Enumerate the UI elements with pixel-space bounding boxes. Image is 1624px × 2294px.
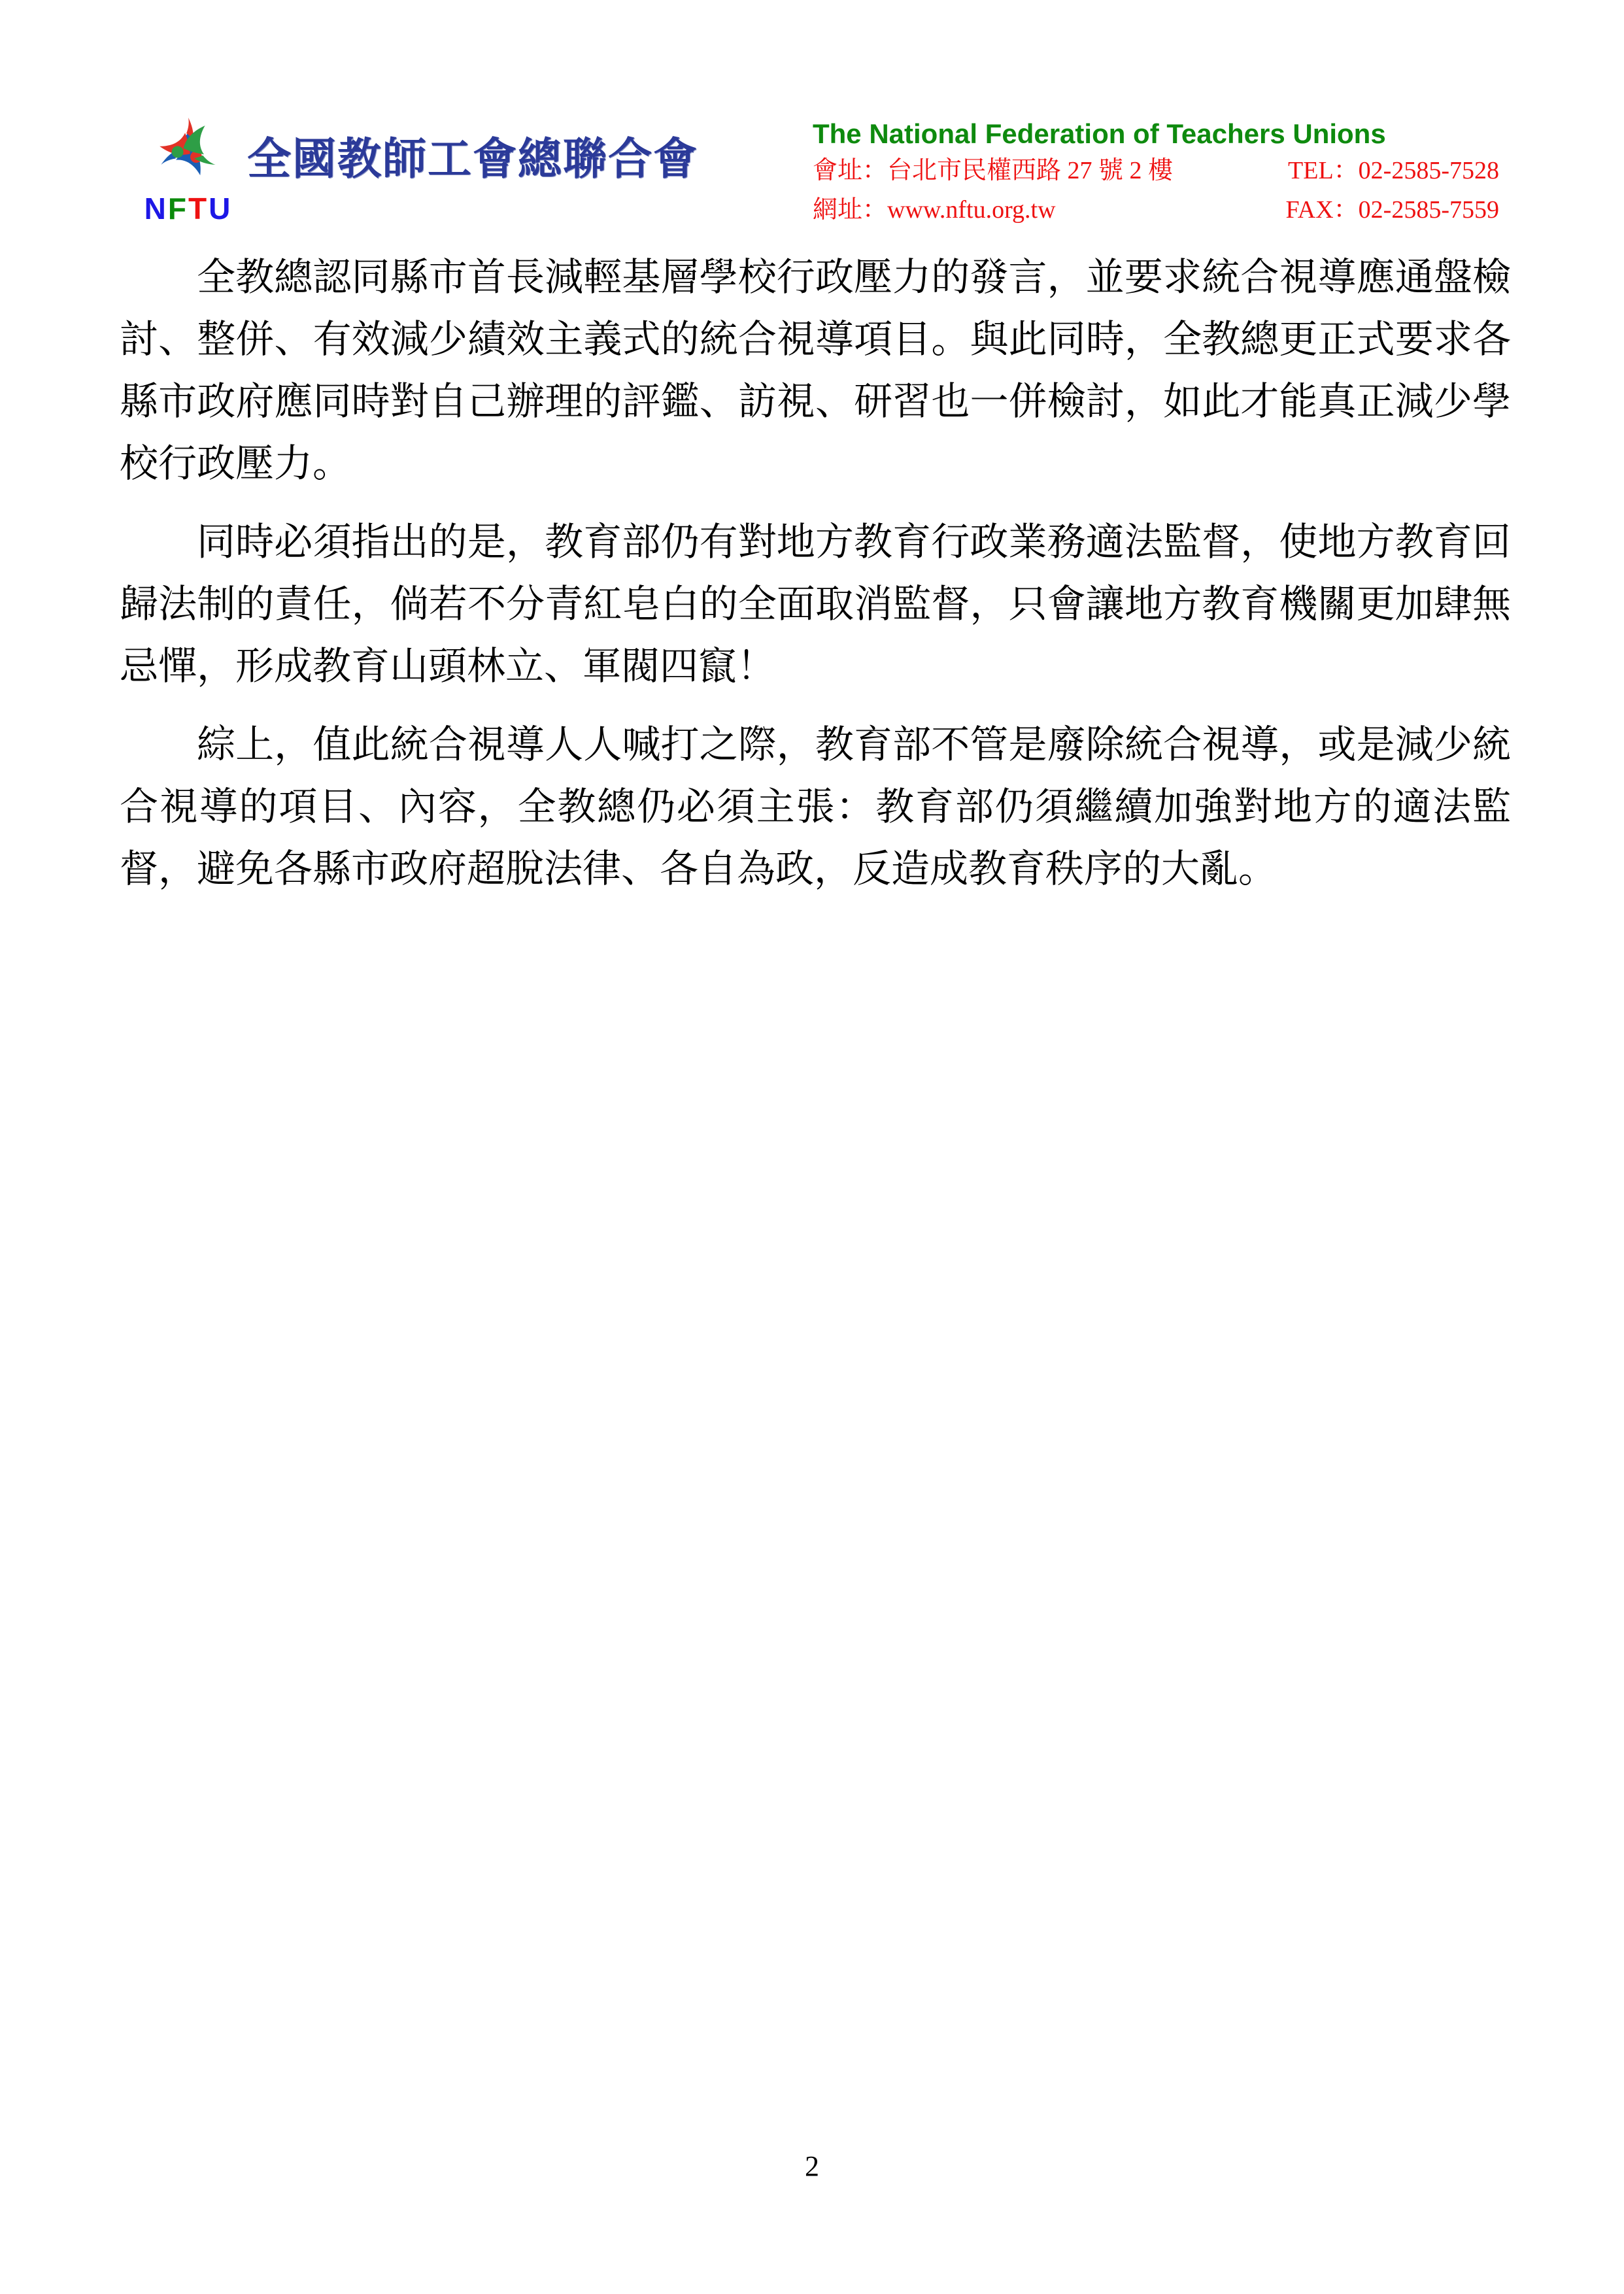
header-contact-block: The National Federation of Teachers Unio… [813, 120, 1499, 223]
website-text: 網址：www.nftu.org.tw [813, 197, 1056, 223]
org-name-chinese: 全國教師工會總聯合會 [247, 124, 711, 193]
tel-text: TEL：02-2585-7528 [1288, 158, 1499, 184]
logo-letter-f: F [168, 192, 188, 226]
logo-letter-u: U [209, 192, 232, 226]
triskelion-figures-icon [149, 110, 228, 191]
logo-letter-t: T [188, 192, 209, 226]
address-text: 會址：台北市民權西路 27 號 2 樓 [813, 158, 1173, 184]
contact-row-website: 網址：www.nftu.org.tw FAX：02-2585-7559 [813, 197, 1499, 223]
logo-acronym: NFTU [136, 194, 241, 224]
logo-letter-n: N [144, 192, 168, 226]
nftu-logo: NFTU [136, 110, 241, 224]
paragraph-3: 綜上，值此統合視導人人喊打之際，教育部不管是廢除統合視導，或是減少統合視導的項目… [120, 713, 1511, 900]
document-page: NFTU 全國教師工會總聯合會 The National Federation … [0, 0, 1624, 2294]
contact-row-address: 會址：台北市民權西路 27 號 2 樓 TEL：02-2585-7528 [813, 158, 1499, 184]
paragraph-2: 同時必須指出的是，教育部仍有對地方教育行政業務適法監督，使地方教育回歸法制的責任… [120, 511, 1511, 697]
org-name-english: The National Federation of Teachers Unio… [813, 120, 1499, 148]
page-number: 2 [0, 2152, 1624, 2181]
paragraph-1: 全教總認同縣市首長減輕基層學校行政壓力的發言，並要求統合視導應通盤檢討、整併、有… [120, 246, 1511, 494]
fax-text: FAX：02-2585-7559 [1285, 197, 1499, 223]
document-body: 全教總認同縣市首長減輕基層學校行政壓力的發言，並要求統合視導應通盤檢討、整併、有… [120, 246, 1511, 916]
